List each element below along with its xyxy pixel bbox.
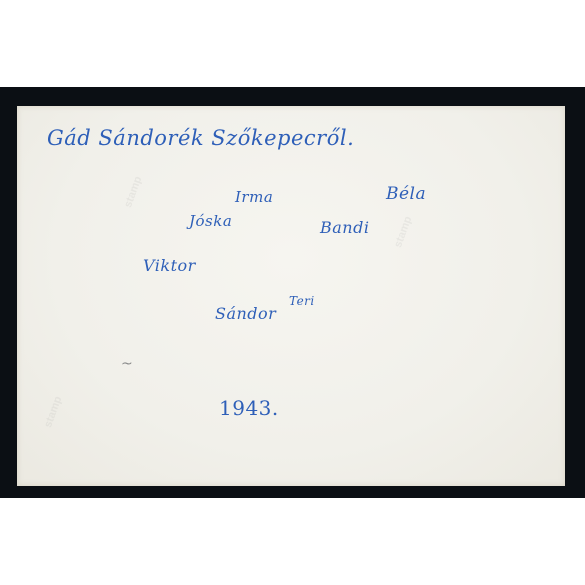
name-bandi: Bandi bbox=[320, 218, 369, 237]
photo-card-back: stamp stamp stamp Gád Sándorék Szőkepecr… bbox=[17, 106, 565, 486]
faint-stamp: stamp bbox=[42, 395, 64, 430]
name-sandor: Sándor bbox=[215, 304, 276, 323]
name-teri: Teri bbox=[289, 294, 315, 308]
name-joska: Jóska bbox=[189, 212, 232, 230]
faint-stamp: stamp bbox=[122, 175, 144, 210]
name-viktor: Viktor bbox=[143, 256, 196, 275]
year-text: 1943. bbox=[219, 396, 279, 420]
faint-stamp: stamp bbox=[392, 215, 414, 250]
name-irma: Irma bbox=[235, 188, 273, 206]
caption-text: Gád Sándorék Szőkepecről. bbox=[47, 126, 354, 150]
name-bela: Béla bbox=[386, 184, 426, 204]
pencil-mark: ~ bbox=[121, 356, 133, 372]
